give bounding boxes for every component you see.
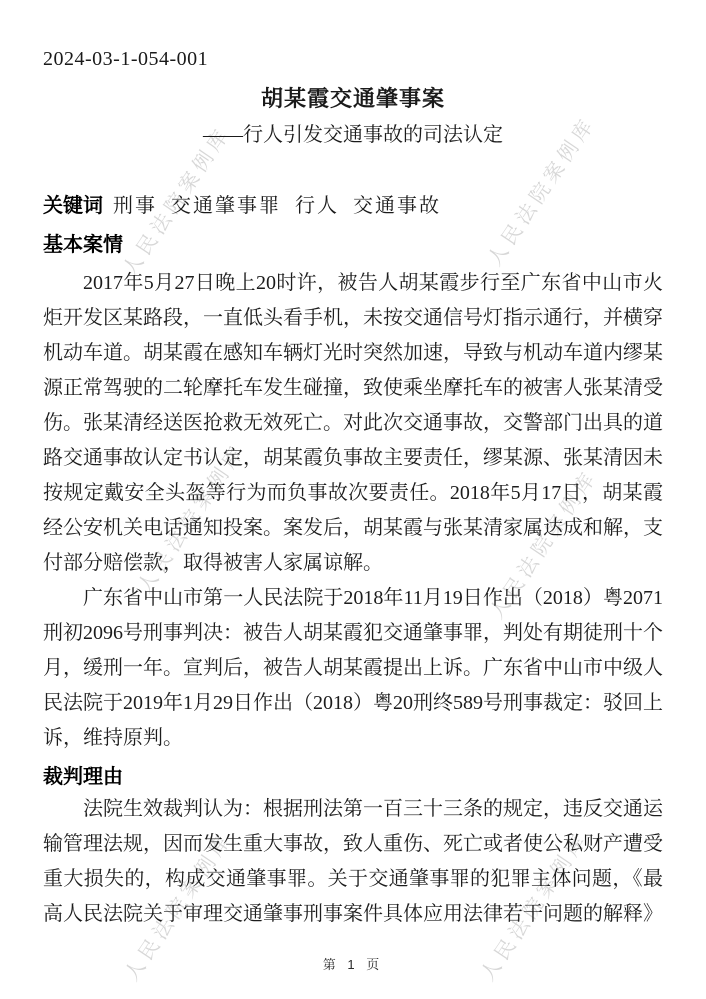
document-content: 2024-03-1-054-001 胡某霞交通肇事案 ——行人引发交通事故的司法… — [0, 0, 706, 932]
section-heading-judgment-reasons: 裁判理由 — [43, 764, 663, 790]
basic-facts-paragraph-1: 2017年5月27日晚上20时许，被告人胡某霞步行至广东省中山市火炬开发区某路段… — [43, 266, 663, 581]
section-heading-basic-facts: 基本案情 — [43, 232, 663, 258]
keywords-label: 关键词 — [43, 195, 103, 217]
case-title: 胡某霞交通肇事案 — [43, 84, 663, 114]
keywords-row: 关键词刑事 交通肇事罪 行人 交通事故 — [43, 192, 663, 220]
page-footer: 第 1 页 — [0, 956, 706, 974]
document-page: 人民法院案例库 人民法院案例库 人民法院案例库 人民法院案例库 人民法院案例库 … — [0, 0, 706, 999]
page-number: 第 1 页 — [323, 957, 383, 972]
keywords-value: 刑事 交通肇事罪 行人 交通事故 — [113, 195, 441, 217]
basic-facts-paragraph-2: 广东省中山市第一人民法院于2018年11月19日作出（2018）粤2071刑初2… — [43, 581, 663, 756]
judgment-reasons-paragraph: 法院生效裁判认为：根据刑法第一百三十三条的规定，违反交通运输管理法规，因而发生重… — [43, 792, 663, 932]
case-number: 2024-03-1-054-001 — [43, 0, 663, 72]
case-subtitle: ——行人引发交通事故的司法认定 — [43, 122, 663, 148]
